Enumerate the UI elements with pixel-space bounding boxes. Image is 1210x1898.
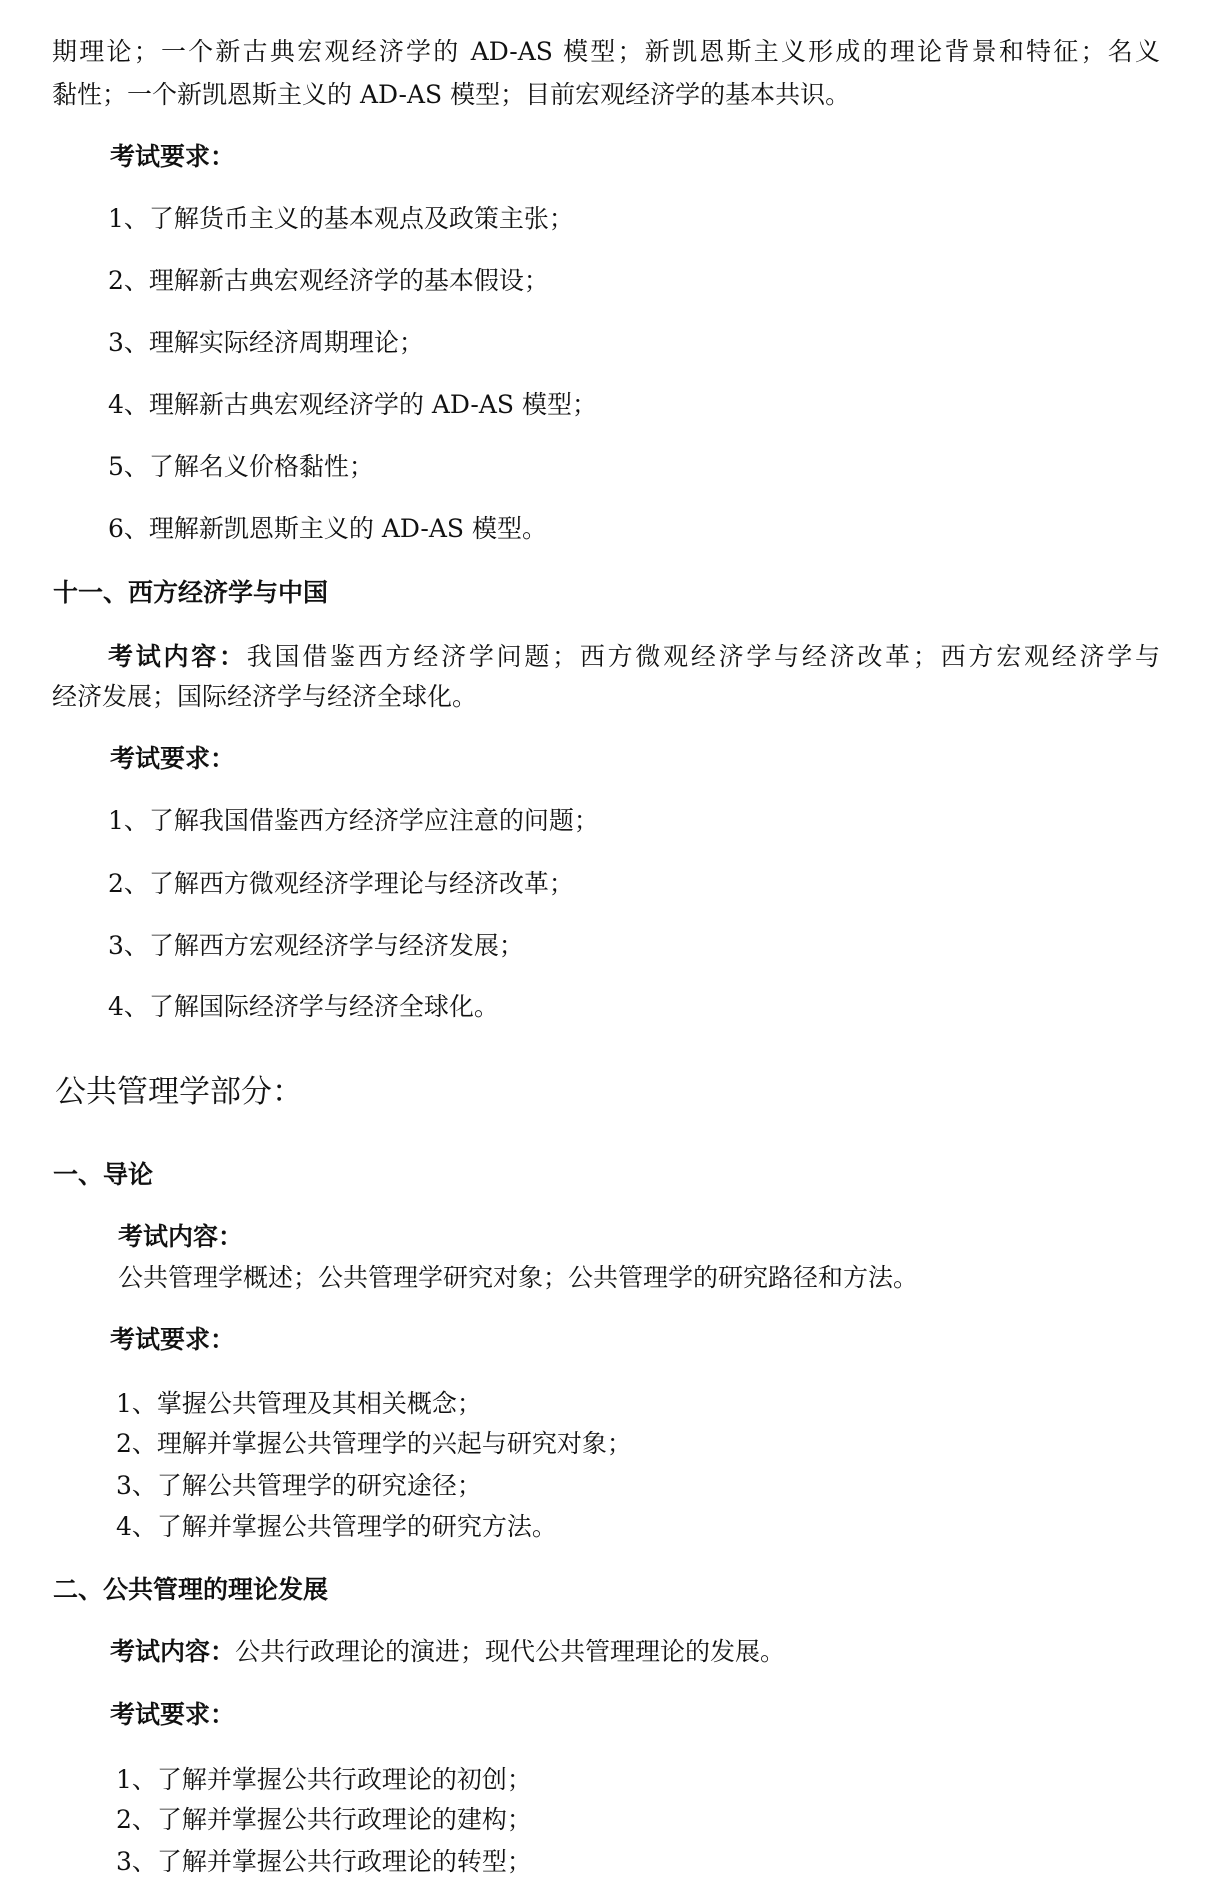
content-paragraph-line-2: 经济发展；国际经济学与经济全球化。: [52, 682, 477, 712]
requirements-label: 考试要求：: [110, 1700, 235, 1730]
requirement-item: 3、理解实际经济周期理论；: [108, 328, 424, 358]
requirement-item: 1、了解我国借鉴西方经济学应注意的问题；: [108, 806, 599, 836]
section-heading: 二、公共管理的理论发展: [53, 1575, 328, 1605]
requirement-item: 4、了解并掌握公共管理学的研究方法。: [116, 1512, 557, 1542]
content-label: 考试内容：: [108, 642, 247, 671]
requirements-label: 考试要求：: [110, 142, 235, 172]
requirement-item: 2、理解新古典宏观经济学的基本假设；: [108, 266, 549, 296]
content-text: 公共管理学概述；公共管理学研究对象；公共管理学的研究路径和方法。: [118, 1263, 918, 1293]
requirement-item: 1、了解并掌握公共行政理论的初创；: [116, 1765, 532, 1795]
requirement-item: 3、了解公共管理学的研究途径；: [116, 1471, 482, 1501]
section-heading: 一、导论: [53, 1160, 153, 1190]
requirement-item: 3、了解西方宏观经济学与经济发展；: [108, 931, 524, 961]
requirement-item: 5、了解名义价格黏性；: [108, 452, 374, 482]
content-label: 考试内容：: [110, 1637, 235, 1666]
intro-paragraph-line-2: 黏性；一个新凯恩斯主义的 AD-AS 模型；目前宏观经济学的基本共识。: [52, 80, 850, 110]
requirement-item: 3、了解并掌握公共行政理论的转型；: [116, 1847, 532, 1877]
content-text: 公共行政理论的演进；现代公共管理理论的发展。: [235, 1637, 785, 1666]
requirement-item: 4、了解国际经济学与经济全球化。: [108, 992, 499, 1022]
content-text: 我国借鉴西方经济学问题；西方微观经济学与经济改革；西方宏观经济学与: [247, 642, 1160, 671]
requirement-item: 2、了解西方微观经济学理论与经济改革；: [108, 869, 574, 899]
requirements-label: 考试要求：: [110, 744, 235, 774]
requirement-item: 1、了解货币主义的基本观点及政策主张；: [108, 204, 574, 234]
requirement-item: 2、理解并掌握公共管理学的兴起与研究对象；: [116, 1429, 632, 1459]
content-paragraph: 考试内容：公共行政理论的演进；现代公共管理理论的发展。: [110, 1637, 785, 1667]
part-title: 公共管理学部分：: [55, 1074, 303, 1110]
intro-paragraph-line-1: 期理论；一个新古典宏观经济学的 AD-AS 模型；新凯恩斯主义形成的理论背景和特…: [52, 37, 1160, 67]
requirements-label: 考试要求：: [110, 1325, 235, 1355]
requirement-item: 4、理解新古典宏观经济学的 AD-AS 模型；: [108, 390, 597, 420]
content-paragraph-line-1: 考试内容：我国借鉴西方经济学问题；西方微观经济学与经济改革；西方宏观经济学与: [108, 642, 1160, 672]
requirement-item: 1、掌握公共管理及其相关概念；: [116, 1389, 482, 1419]
requirement-item: 2、了解并掌握公共行政理论的建构；: [116, 1805, 532, 1835]
requirement-item: 6、理解新凯恩斯主义的 AD-AS 模型。: [108, 514, 547, 544]
content-label: 考试内容：: [118, 1222, 243, 1252]
section-heading: 十一、西方经济学与中国: [53, 578, 328, 608]
